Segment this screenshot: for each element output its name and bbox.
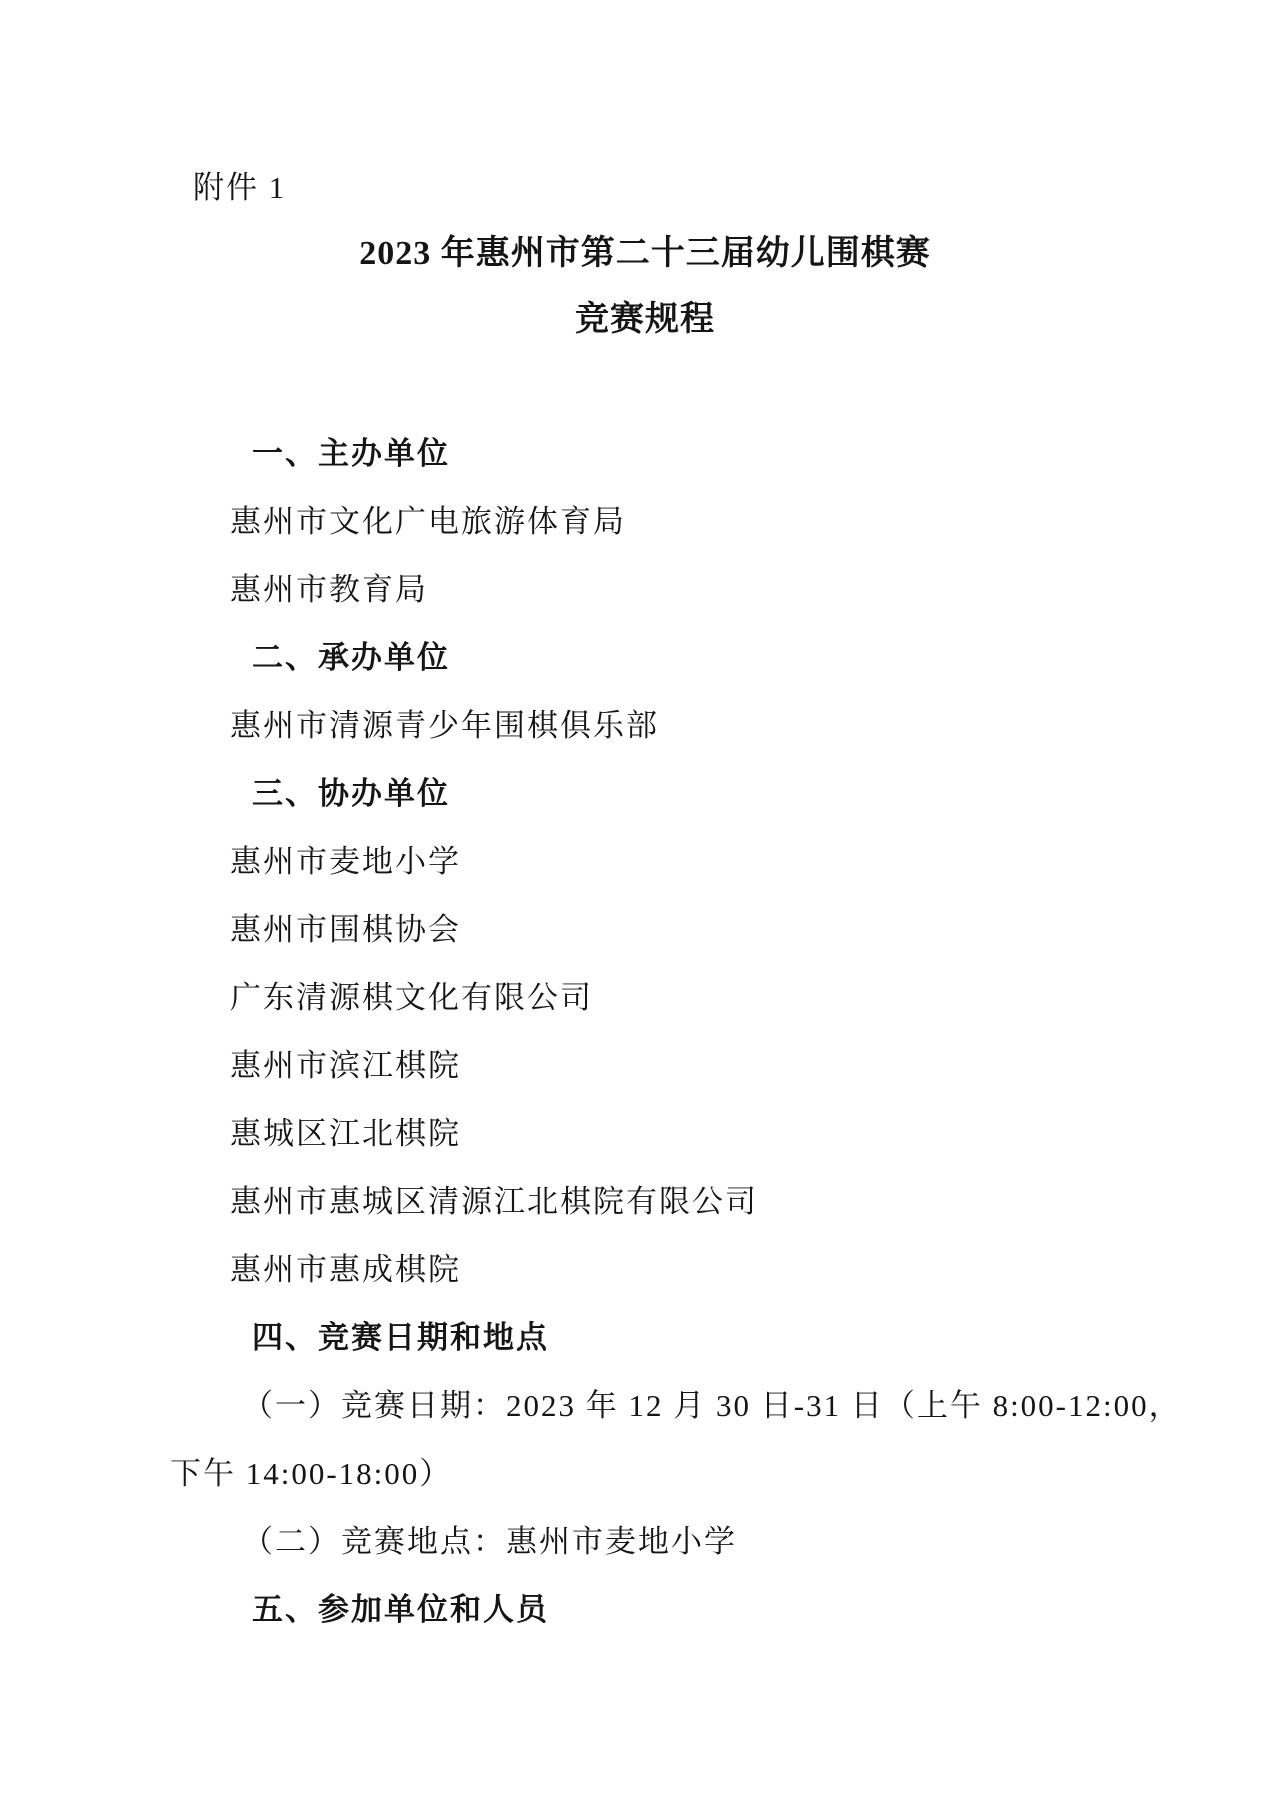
document-subtitle: 竞赛规程	[170, 287, 1120, 353]
document-title: 2023 年惠州市第二十三届幼儿围棋赛	[170, 221, 1120, 287]
section-heading-date-venue: 四、竞赛日期和地点	[170, 1304, 1120, 1372]
section-heading-participants: 五、参加单位和人员	[170, 1576, 1120, 1644]
org-unit-item: 惠州市清源青少年围棋俱乐部	[170, 692, 1120, 760]
org-unit-item: 惠州市滨江棋院	[170, 1032, 1120, 1100]
org-unit-item: 惠州市惠城区清源江北棋院有限公司	[170, 1168, 1120, 1236]
org-unit-item: 惠州市麦地小学	[170, 828, 1120, 896]
org-unit-item: 惠州市围棋协会	[170, 896, 1120, 964]
sections-container: 一、主办单位 惠州市文化广电旅游体育局 惠州市教育局 二、承办单位 惠州市清源青…	[170, 420, 1120, 1644]
org-unit-item: 惠州市惠成棋院	[170, 1236, 1120, 1304]
competition-venue-line: （二）竞赛地点：惠州市麦地小学	[170, 1508, 1120, 1576]
section-heading-organizer: 一、主办单位	[170, 420, 1120, 488]
section-heading-co-organizer: 三、协办单位	[170, 760, 1120, 828]
org-unit-item: 广东清源棋文化有限公司	[170, 964, 1120, 1032]
org-unit-item: 惠城区江北棋院	[170, 1100, 1120, 1168]
section-heading-undertaker: 二、承办单位	[170, 624, 1120, 692]
document-page: 附件 1 2023 年惠州市第二十三届幼儿围棋赛 竞赛规程 一、主办单位 惠州市…	[0, 0, 1280, 1810]
attachment-label: 附件 1	[170, 155, 1120, 221]
org-unit-item: 惠州市文化广电旅游体育局	[170, 488, 1120, 556]
org-unit-item: 惠州市教育局	[170, 556, 1120, 624]
competition-date-line-continuation: 下午 14:00-18:00）	[170, 1440, 1120, 1508]
competition-date-line: （一）竞赛日期：2023 年 12 月 30 日-31 日（上午 8:00-12…	[170, 1372, 1120, 1440]
document-body: 附件 1 2023 年惠州市第二十三届幼儿围棋赛 竞赛规程 一、主办单位 惠州市…	[0, 0, 1280, 1644]
